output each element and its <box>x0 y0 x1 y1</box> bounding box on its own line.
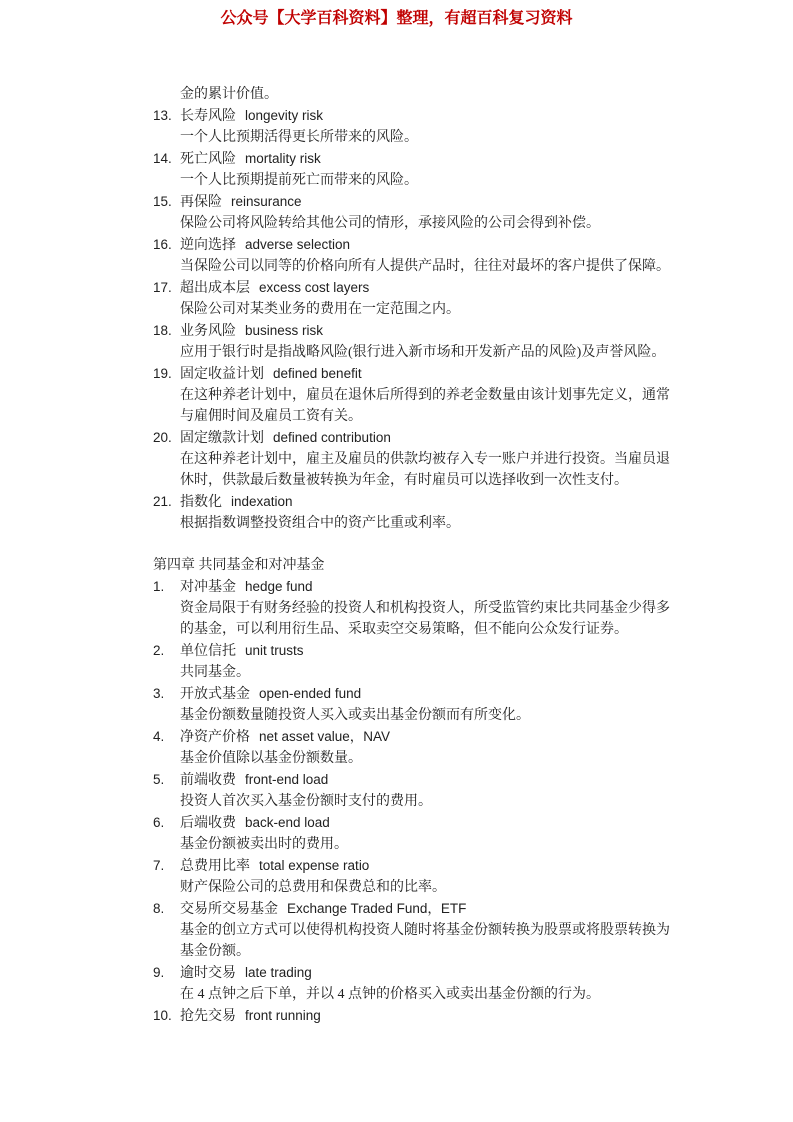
term-english: Exchange Traded Fund，ETF <box>287 901 466 916</box>
item-number: 9. <box>153 962 180 983</box>
glossary-item: 3.开放式基金open-ended fund <box>153 683 713 705</box>
definition-line: 共同基金。 <box>153 662 713 683</box>
glossary-item: 7.总费用比率total expense ratio <box>153 855 713 877</box>
insurance-terms-list: 13.长寿风险longevity risk一个人比预期活得更长所带来的风险。14… <box>153 105 713 534</box>
document-content: 金的累计价值。 13.长寿风险longevity risk一个人比预期活得更长所… <box>153 84 713 1027</box>
definition-line: 基金价值除以基金份额数量。 <box>153 748 713 769</box>
term-chinese: 对冲基金 <box>180 580 236 595</box>
item-number: 6. <box>153 812 180 833</box>
item-number: 8. <box>153 898 180 919</box>
item-number: 1. <box>153 576 180 597</box>
item-number: 20. <box>153 427 180 448</box>
term-chinese: 业务风险 <box>180 324 236 339</box>
glossary-item: 15.再保险reinsurance <box>153 191 713 213</box>
definition-line: 保险公司对某类业务的费用在一定范围之内。 <box>153 299 713 320</box>
term-english: defined contribution <box>273 430 391 445</box>
definition-line: 保险公司将风险转给其他公司的情形，承接风险的公司会得到补偿。 <box>153 213 713 234</box>
glossary-item: 5.前端收费front-end load <box>153 769 713 791</box>
definition-line: 休时，供款最后数量被转换为年金，有时雇员可以选择收到一次性支付。 <box>153 470 713 491</box>
term-chinese: 逾时交易 <box>180 966 236 981</box>
definition-line: 资金局限于有财务经验的投资人和机构投资人，所受监管约束比共同基金少得多 <box>153 598 713 619</box>
definition-line: 在 4 点钟之后下单，并以 4 点钟的价格买入或卖出基金份额的行为。 <box>153 984 713 1005</box>
definition-line: 一个人比预期提前死亡而带来的风险。 <box>153 170 713 191</box>
term-chinese: 单位信托 <box>180 644 236 659</box>
term-chinese: 超出成本层 <box>180 281 250 296</box>
term-english: back-end load <box>245 815 330 830</box>
term-chinese: 后端收费 <box>180 816 236 831</box>
glossary-item: 18.业务风险business risk <box>153 320 713 342</box>
glossary-item: 13.长寿风险longevity risk <box>153 105 713 127</box>
item-number: 4. <box>153 726 180 747</box>
glossary-item: 19.固定收益计划defined benefit <box>153 363 713 385</box>
term-english: adverse selection <box>245 237 350 252</box>
term-english: business risk <box>245 323 323 338</box>
term-english: hedge fund <box>245 579 313 594</box>
chapter-heading: 第四章 共同基金和对冲基金 <box>153 555 713 576</box>
definition-line: 在这种养老计划中，雇员在退休后所得到的养老金数量由该计划事先定义，通常 <box>153 385 713 406</box>
glossary-item: 20.固定缴款计划defined contribution <box>153 427 713 449</box>
glossary-item: 9.逾时交易late trading <box>153 962 713 984</box>
glossary-item: 1.对冲基金hedge fund <box>153 576 713 598</box>
term-english: excess cost layers <box>259 280 369 295</box>
definition-line: 当保险公司以同等的价格向所有人提供产品时，往往对最坏的客户提供了保障。 <box>153 256 713 277</box>
term-english: total expense ratio <box>259 858 369 873</box>
term-english: defined benefit <box>273 366 362 381</box>
glossary-item: 8.交易所交易基金Exchange Traded Fund，ETF <box>153 898 713 920</box>
term-chinese: 长寿风险 <box>180 109 236 124</box>
fund-terms-list: 1.对冲基金hedge fund资金局限于有财务经验的投资人和机构投资人，所受监… <box>153 576 713 1027</box>
term-english: mortality risk <box>245 151 321 166</box>
term-english: indexation <box>231 494 293 509</box>
term-english: net asset value，NAV <box>259 729 390 744</box>
term-chinese: 指数化 <box>180 495 222 510</box>
glossary-item: 21.指数化indexation <box>153 491 713 513</box>
item-number: 16. <box>153 234 180 255</box>
definition-line: 投资人首次买入基金份额时支付的费用。 <box>153 791 713 812</box>
blank-line <box>153 534 713 555</box>
term-chinese: 净资产价格 <box>180 730 250 745</box>
document-page: 公众号【大学百科资料】整理，有超百科复习资料 金的累计价值。 13.长寿风险lo… <box>0 0 793 1122</box>
term-chinese: 交易所交易基金 <box>180 902 278 917</box>
definition-line: 在这种养老计划中，雇主及雇员的供款均被存入专一账户并进行投资。当雇员退 <box>153 449 713 470</box>
item-number: 13. <box>153 105 180 126</box>
item-number: 2. <box>153 640 180 661</box>
continuation-line: 金的累计价值。 <box>153 84 713 105</box>
term-english: open-ended fund <box>259 686 361 701</box>
item-number: 5. <box>153 769 180 790</box>
definition-line: 基金份额数量随投资人买入或卖出基金份额而有所变化。 <box>153 705 713 726</box>
term-chinese: 前端收费 <box>180 773 236 788</box>
item-number: 3. <box>153 683 180 704</box>
definition-line: 根据指数调整投资组合中的资产比重或利率。 <box>153 513 713 534</box>
term-chinese: 再保险 <box>180 195 222 210</box>
definition-line: 一个人比预期活得更长所带来的风险。 <box>153 127 713 148</box>
term-english: reinsurance <box>231 194 302 209</box>
term-english: front-end load <box>245 772 328 787</box>
glossary-item: 10.抢先交易front running <box>153 1005 713 1027</box>
term-chinese: 总费用比率 <box>180 859 250 874</box>
definition-line: 与雇佣时间及雇员工资有关。 <box>153 406 713 427</box>
item-number: 19. <box>153 363 180 384</box>
definition-line: 基金的创立方式可以使得机构投资人随时将基金份额转换为股票或将股票转换为 <box>153 920 713 941</box>
item-number: 17. <box>153 277 180 298</box>
term-english: unit trusts <box>245 643 304 658</box>
term-english: front running <box>245 1008 321 1023</box>
term-chinese: 开放式基金 <box>180 687 250 702</box>
item-number: 21. <box>153 491 180 512</box>
definition-line: 基金份额。 <box>153 941 713 962</box>
page-header-promo: 公众号【大学百科资料】整理，有超百科复习资料 <box>0 8 793 29</box>
glossary-item: 14.死亡风险mortality risk <box>153 148 713 170</box>
item-number: 14. <box>153 148 180 169</box>
term-chinese: 逆向选择 <box>180 238 236 253</box>
item-number: 18. <box>153 320 180 341</box>
term-english: late trading <box>245 965 312 980</box>
definition-line: 的基金，可以利用衍生品、采取卖空交易策略，但不能向公众发行证券。 <box>153 619 713 640</box>
term-chinese: 固定收益计划 <box>180 367 264 382</box>
term-english: longevity risk <box>245 108 323 123</box>
definition-line: 财产保险公司的总费用和保费总和的比率。 <box>153 877 713 898</box>
definition-line: 应用于银行时是指战略风险(银行进入新市场和开发新产品的风险)及声誉风险。 <box>153 342 713 363</box>
glossary-item: 17.超出成本层excess cost layers <box>153 277 713 299</box>
item-number: 7. <box>153 855 180 876</box>
glossary-item: 2.单位信托unit trusts <box>153 640 713 662</box>
glossary-item: 6.后端收费back-end load <box>153 812 713 834</box>
term-chinese: 死亡风险 <box>180 152 236 167</box>
definition-line: 基金份额被卖出时的费用。 <box>153 834 713 855</box>
item-number: 10. <box>153 1005 180 1026</box>
item-number: 15. <box>153 191 180 212</box>
term-chinese: 抢先交易 <box>180 1009 236 1024</box>
glossary-item: 16.逆向选择adverse selection <box>153 234 713 256</box>
term-chinese: 固定缴款计划 <box>180 431 264 446</box>
glossary-item: 4.净资产价格net asset value，NAV <box>153 726 713 748</box>
